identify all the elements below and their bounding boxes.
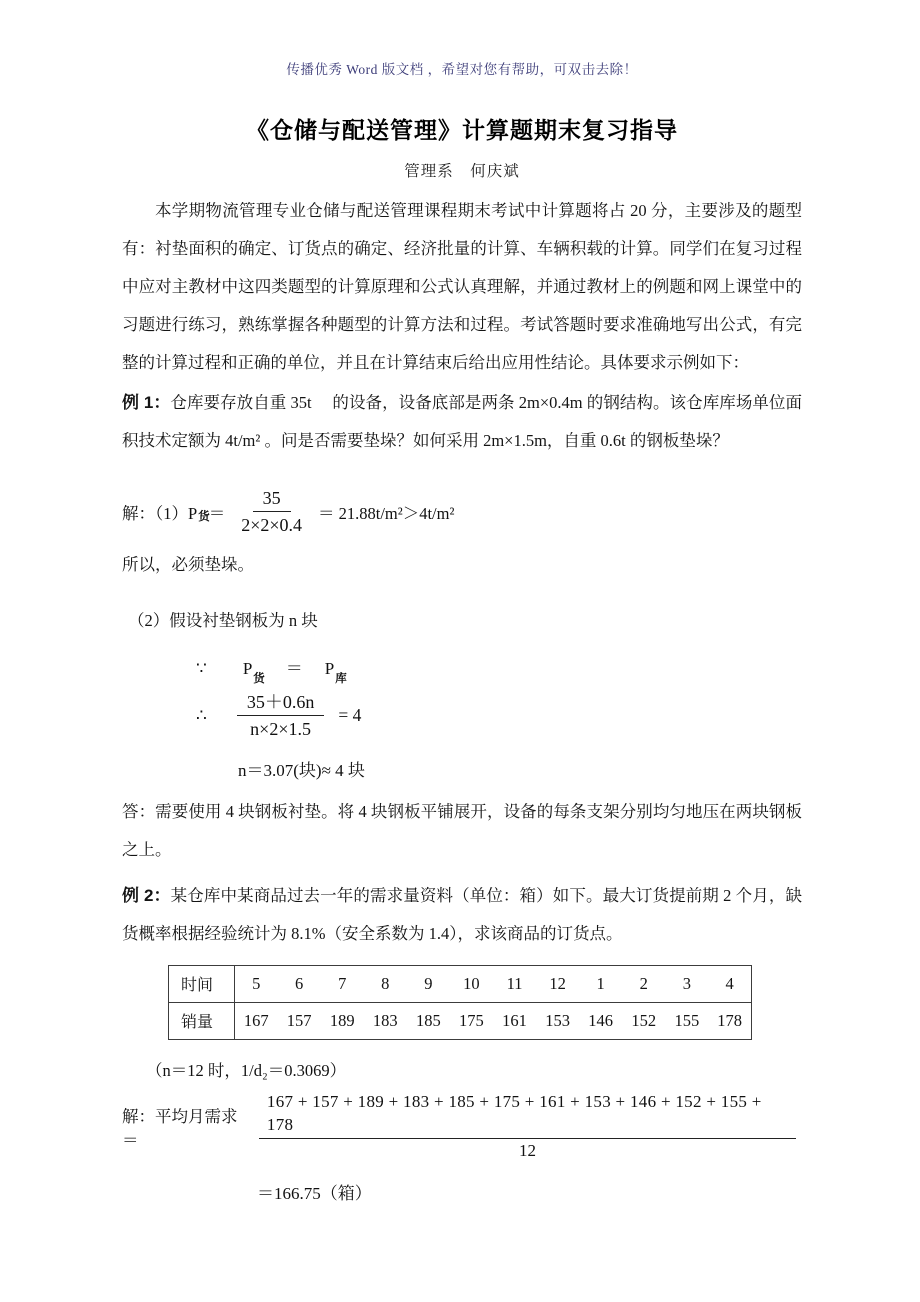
- p-cargo-subscript: 货: [198, 508, 210, 524]
- p-store: P: [325, 659, 334, 678]
- fraction-3: 167 + 157 + 189 + 183 + 185 + 175 + 161 …: [259, 1091, 796, 1164]
- fraction-1-denominator: 2×2×0.4: [231, 512, 312, 537]
- solution1-prefix: 解：（1）P: [122, 500, 197, 524]
- p-cargo-sub: 货: [253, 673, 265, 685]
- table-row-sales: 销量 167 157 189 183 185 175 161 153 146 1…: [169, 1002, 752, 1039]
- fraction-3-numerator: 167 + 157 + 189 + 183 + 185 + 175 + 161 …: [259, 1091, 796, 1140]
- example2-solution-formula: 解：平均月需求＝ 167 + 157 + 189 + 183 + 185 + 1…: [122, 1091, 802, 1164]
- solution2-prefix: 解：平均月需求＝: [122, 1103, 253, 1151]
- table-header-time: 时间: [169, 965, 235, 1002]
- table-cell: 4: [708, 965, 751, 1002]
- because-line: ∵P货＝P库: [196, 654, 802, 682]
- mid-equals: ＝: [286, 659, 303, 678]
- n-result-line: n＝3.07(块)≈ 4 块: [238, 756, 802, 781]
- watermark-banner[interactable]: 传播优秀 Word 版文档 ，希望对您有帮助，可双击去除！: [122, 58, 802, 78]
- demand-table: 时间 5 6 7 8 9 10 11 12 1 2 3 4 销量 167 157…: [168, 965, 752, 1040]
- intro-paragraph: 本学期物流管理专业仓储与配送管理课程期末考试中计算题将占 20 分，主要涉及的题…: [122, 192, 802, 382]
- fraction-2-numerator: 35＋0.6n: [237, 690, 325, 716]
- table-cell: 6: [278, 965, 321, 1002]
- table-cell: 178: [708, 1002, 751, 1039]
- p-cargo: P: [243, 659, 252, 678]
- fraction-3-denominator: 12: [509, 1139, 546, 1163]
- table-cell: 11: [493, 965, 536, 1002]
- table-cell: 7: [321, 965, 364, 1002]
- table-cell: 185: [407, 1002, 450, 1039]
- fraction-2: 35＋0.6n n×2×1.5: [237, 690, 325, 742]
- table-cell: 9: [407, 965, 450, 1002]
- solution1-equals: ＝: [209, 500, 226, 524]
- example1-label: 例 1：: [122, 393, 170, 412]
- example1-text: 仓库要存放自重 35t 的设备，设备底部是两条 2m×0.4m 的钢结构。该仓库…: [122, 393, 802, 450]
- table-cell: 5: [235, 965, 278, 1002]
- table-cell: 155: [665, 1002, 708, 1039]
- document-page: 传播优秀 Word 版文档 ，希望对您有帮助，可双击去除！ 《仓储与配送管理》计…: [0, 0, 920, 1302]
- example2-paragraph: 例 2：某仓库中某商品过去一年的需求量资料（单位：箱）如下。最大订货提前期 2 …: [122, 877, 802, 953]
- table-row-time: 时间 5 6 7 8 9 10 11 12 1 2 3 4: [169, 965, 752, 1002]
- example1-answer: 答：需要使用 4 块钢板衬垫。将 4 块钢板平铺展开，设备的每条支架分别均匀地压…: [122, 793, 802, 869]
- table-cell: 3: [665, 965, 708, 1002]
- part2-assumption: （2）假设衬垫钢板为 n 块: [128, 602, 802, 640]
- page-content: 传播优秀 Word 版文档 ，希望对您有帮助，可双击去除！ 《仓储与配送管理》计…: [0, 0, 920, 1204]
- table-cell: 161: [493, 1002, 536, 1039]
- average-demand-result: ＝166.75（箱）: [257, 1179, 802, 1204]
- example1-paragraph: 例 1：仓库要存放自重 35t 的设备，设备底部是两条 2m×0.4m 的钢结构…: [122, 384, 802, 460]
- author-line: 管理系 何庆斌: [122, 159, 802, 181]
- solution1-result: ＝ 21.88t/m²＞4t/m²: [318, 500, 454, 524]
- table-cell: 152: [622, 1002, 665, 1039]
- example2-text: 某仓库中某商品过去一年的需求量资料（单位：箱）如下。最大订货提前期 2 个月，缺…: [122, 886, 802, 943]
- fraction-2-rhs: = 4: [338, 705, 361, 726]
- table-cell: 189: [321, 1002, 364, 1039]
- table-cell: 8: [364, 965, 407, 1002]
- table-header-sales: 销量: [169, 1002, 235, 1039]
- table-cell: 157: [278, 1002, 321, 1039]
- table-cell: 1: [579, 965, 622, 1002]
- table-cell: 153: [536, 1002, 579, 1039]
- table-cell: 10: [450, 965, 493, 1002]
- because-symbol: ∵: [196, 659, 207, 678]
- table-cell: 167: [235, 1002, 278, 1039]
- fraction-1-numerator: 35: [253, 486, 291, 512]
- therefore-symbol: ∴: [196, 706, 207, 726]
- table-cell: 183: [364, 1002, 407, 1039]
- table-cell: 146: [579, 1002, 622, 1039]
- statistics-note: （n＝12 时，1/d₂＝0.3069）: [146, 1057, 802, 1081]
- example2-label: 例 2：: [122, 886, 171, 905]
- example1-solution-formula: 解：（1）P货＝ 35 2×2×0.4 ＝ 21.88t/m²＞4t/m²: [122, 486, 802, 538]
- fraction-2-denominator: n×2×1.5: [240, 716, 321, 741]
- page-title: 《仓储与配送管理》计算题期末复习指导: [122, 112, 802, 145]
- table-cell: 175: [450, 1002, 493, 1039]
- p-store-sub: 库: [335, 673, 347, 685]
- conclusion1-text: 所以，必须垫垛。: [122, 546, 802, 584]
- fraction-1: 35 2×2×0.4: [231, 486, 312, 538]
- table-cell: 2: [622, 965, 665, 1002]
- table-cell: 12: [536, 965, 579, 1002]
- therefore-line: ∴ 35＋0.6n n×2×1.5 = 4: [196, 690, 802, 742]
